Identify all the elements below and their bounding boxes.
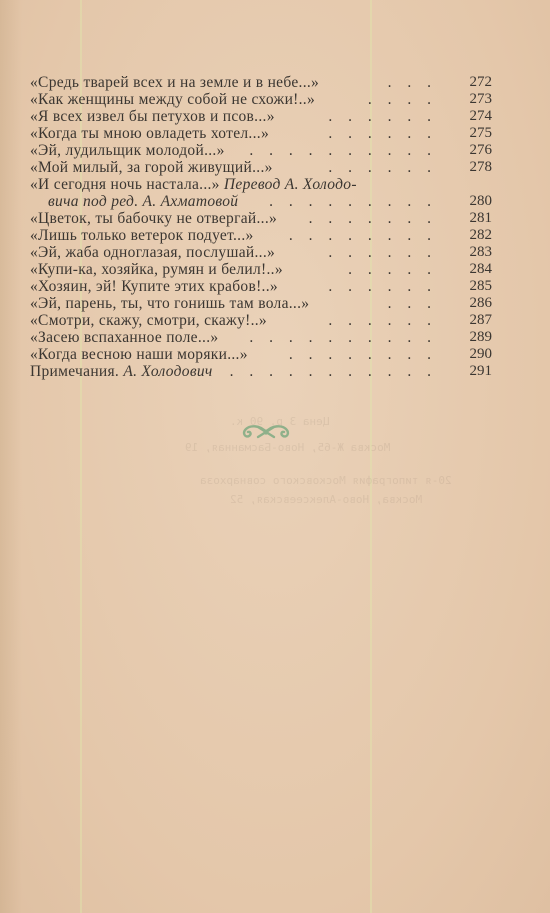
- leader-dots: . . . . . .: [328, 312, 437, 329]
- entry-title-text: «Эй, парень, ты, что гонишь там вола...»: [30, 295, 309, 312]
- toc-entry-title: Примечания. А. Холодович: [30, 363, 213, 380]
- entry-title-text: «Цветок, ты бабочку не отвергай...»: [30, 210, 277, 227]
- toc-entry: «Засею вспаханное поле...». . . . . . . …: [30, 329, 492, 346]
- entry-title-text: «Когда весною наши моряки...»: [30, 346, 248, 363]
- page-number: 272: [462, 74, 492, 91]
- leader-dots: . . . . . .: [328, 125, 437, 142]
- leader-dots: . . . .: [368, 91, 437, 108]
- toc-entry-title: «Купи-ка, хозяйка, румян и белил!..»: [30, 261, 283, 278]
- leader-dots: . . .: [388, 74, 437, 91]
- entry-title-text: «Мой милый, за горой живущий...»: [30, 159, 273, 176]
- page-number: 282: [462, 227, 492, 244]
- toc-entry-title: «Когда весною наши моряки...»: [30, 346, 248, 363]
- toc-entry: «Лишь только ветерок подует...». . . . .…: [30, 227, 492, 244]
- toc-entry: «Я всех извел бы петухов и псов...». . .…: [30, 108, 492, 125]
- entry-title-text: «Лишь только ветерок подует...»: [30, 227, 254, 244]
- toc-entry-title: «Я всех извел бы петухов и псов...»: [30, 108, 275, 125]
- toc-entry: «Эй, парень, ты, что гонишь там вола...»…: [30, 295, 492, 312]
- entry-title-text: «Эй, лудильщик молодой...»: [30, 142, 225, 159]
- leader-dots: . . . . . . . . . .: [249, 142, 437, 159]
- toc-entry: «Когда ты мною овладеть хотел...». . . .…: [30, 125, 492, 142]
- page-number: 289: [462, 329, 492, 346]
- page-number: 281: [462, 210, 492, 227]
- page-number: 291: [462, 363, 492, 380]
- page-number: 278: [462, 159, 492, 176]
- toc-entry: «И сегодня ночь настала...» Перевод А. Х…: [30, 176, 492, 193]
- toc-entry: «Цветок, ты бабочку не отвергай...». . .…: [30, 210, 492, 227]
- ornament-icon: [236, 421, 296, 443]
- toc-entry: «Хозяин, эй! Купите этих крабов!..». . .…: [30, 278, 492, 295]
- entry-title-text: «Средь тварей всех и на земле и в небе..…: [30, 74, 319, 91]
- page-number: 274: [462, 108, 492, 125]
- leader-dots: . . . . . .: [328, 108, 437, 125]
- toc-entry: «Средь тварей всех и на земле и в небе..…: [30, 74, 492, 91]
- toc-entry: «Как женщины между собой не схожи!..». .…: [30, 91, 492, 108]
- page-number: 275: [462, 125, 492, 142]
- toc-entry-title: «Цветок, ты бабочку не отвергай...»: [30, 210, 277, 227]
- toc-entry-title: «Средь тварей всех и на земле и в небе..…: [30, 74, 319, 91]
- toc-entry-title: «Лишь только ветерок подует...»: [30, 227, 254, 244]
- bleed-through-text: 20-я типография Московского совнархоза: [200, 474, 452, 487]
- leader-dots: . . . . . . .: [309, 210, 437, 227]
- leader-dots: . . . . . .: [328, 159, 437, 176]
- toc-entry: «Смотри, скажу, смотри, скажу!..». . . .…: [30, 312, 492, 329]
- toc-entry: вича под ред. А. Ахматовой. . . . . . . …: [30, 193, 492, 210]
- entry-title-text: Примечания.: [30, 363, 119, 380]
- toc-entry: «Мой милый, за горой живущий...». . . . …: [30, 159, 492, 176]
- entry-title-text: «Как женщины между собой не схожи!..»: [30, 91, 315, 108]
- page-number: 280: [462, 193, 492, 210]
- entry-title-text: «Я всех извел бы петухов и псов...»: [30, 108, 275, 125]
- page-number: 286: [462, 295, 492, 312]
- entry-credit-text: вича под ред. А. Ахматовой: [48, 193, 238, 210]
- leader-dots: . . . . . .: [328, 244, 437, 261]
- bleed-through-text: Москва, Ново-Алексеевская, 52: [230, 493, 422, 506]
- entry-title-text: «Хозяин, эй! Купите этих крабов!..»: [30, 278, 278, 295]
- toc-entry-title: «Хозяин, эй! Купите этих крабов!..»: [30, 278, 278, 295]
- entry-title-text: «Купи-ка, хозяйка, румян и белил!..»: [30, 261, 283, 278]
- toc-entry-title: «Смотри, скажу, смотри, скажу!..»: [30, 312, 267, 329]
- book-page: Цена 3 р. 90 к. Москва Ж-65, Ново-Басман…: [0, 0, 550, 913]
- entry-credit-text: Перевод А. Холодо-: [224, 176, 357, 193]
- page-number: 287: [462, 312, 492, 329]
- leader-dots: . . .: [388, 295, 437, 312]
- leader-dots: . . . . . .: [328, 278, 437, 295]
- entry-title-text: «Смотри, скажу, смотри, скажу!..»: [30, 312, 267, 329]
- leader-dots: . . . . . . . . . .: [249, 329, 437, 346]
- toc-entry: «Когда весною наши моряки...». . . . . .…: [30, 346, 492, 363]
- toc-entry-title: «Эй, парень, ты, что гонишь там вола...»: [30, 295, 309, 312]
- leader-dots: . . . . . . . . . . .: [230, 363, 437, 380]
- entry-title-text: «Эй, жаба одноглазая, послушай...»: [30, 244, 275, 261]
- entry-title-text: «Когда ты мною овладеть хотел...»: [30, 125, 269, 142]
- leader-dots: . . . . . . . .: [289, 346, 437, 363]
- table-of-contents: «Средь тварей всех и на земле и в небе..…: [30, 74, 492, 380]
- entry-title-text: «И сегодня ночь настала...»: [30, 176, 220, 193]
- entry-title-text: «Засею вспаханное поле...»: [30, 329, 218, 346]
- toc-entry-title: «Эй, лудильщик молодой...»: [30, 142, 225, 159]
- toc-entry: «Эй, жаба одноглазая, послушай...». . . …: [30, 244, 492, 261]
- toc-entry-title: «Как женщины между собой не схожи!..»: [30, 91, 315, 108]
- entry-credit-text: А. Холодович: [123, 363, 212, 380]
- page-number: 276: [462, 142, 492, 159]
- toc-entry-title: «Мой милый, за горой живущий...»: [30, 159, 273, 176]
- page-number: 284: [462, 261, 492, 278]
- toc-entry-title: «Когда ты мною овладеть хотел...»: [30, 125, 269, 142]
- leader-dots: . . . . .: [348, 261, 437, 278]
- toc-entry: Примечания. А. Холодович. . . . . . . . …: [30, 363, 492, 380]
- toc-entry: «Эй, лудильщик молодой...». . . . . . . …: [30, 142, 492, 159]
- leader-dots: . . . . . . . .: [289, 227, 437, 244]
- page-number: 285: [462, 278, 492, 295]
- toc-entry: «Купи-ка, хозяйка, румян и белил!..». . …: [30, 261, 492, 278]
- page-number: 283: [462, 244, 492, 261]
- toc-entry-title: вича под ред. А. Ахматовой: [48, 193, 238, 210]
- leader-dots: . . . . . . . . .: [269, 193, 437, 210]
- toc-entry-title: «И сегодня ночь настала...» Перевод А. Х…: [30, 176, 357, 193]
- page-number: 290: [462, 346, 492, 363]
- toc-entry-title: «Засею вспаханное поле...»: [30, 329, 218, 346]
- page-number: 273: [462, 91, 492, 108]
- toc-entry-title: «Эй, жаба одноглазая, послушай...»: [30, 244, 275, 261]
